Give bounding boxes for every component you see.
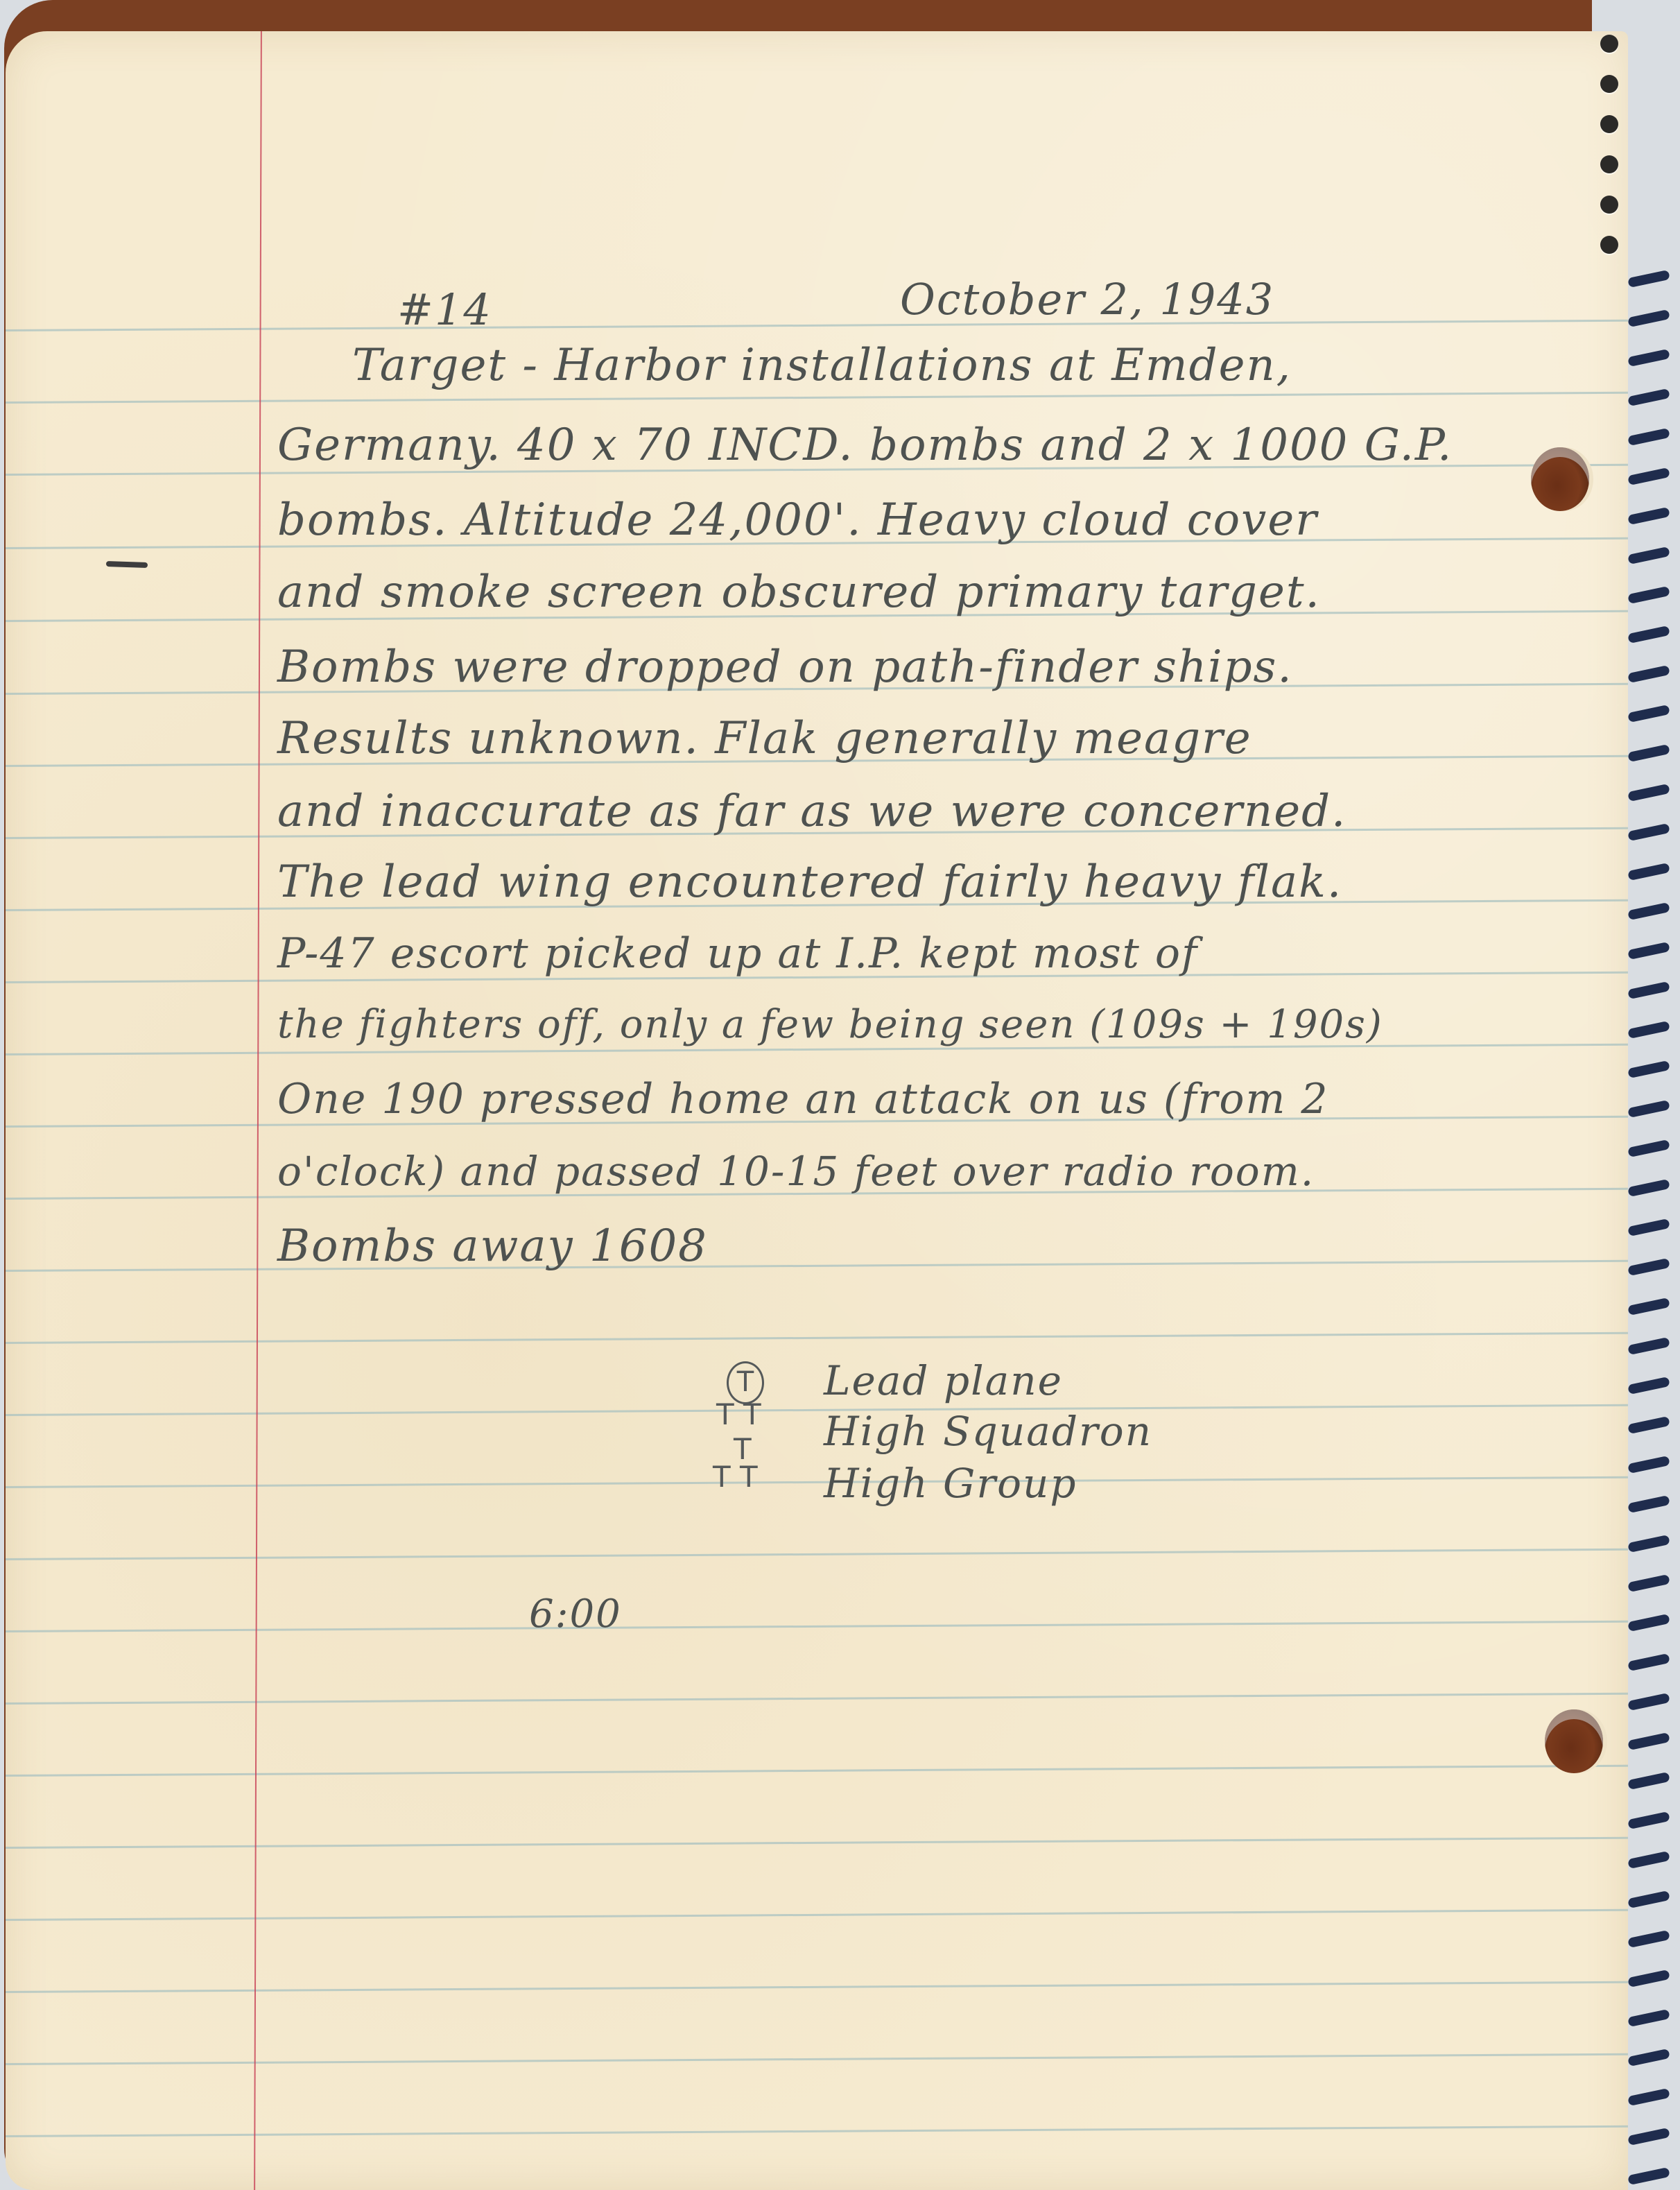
- ruled-line: [6, 1909, 1628, 1921]
- ruled-line: [6, 1837, 1628, 1849]
- ruled-line: [6, 1981, 1628, 1993]
- flight-time: 6:00: [529, 1592, 622, 1637]
- margin-mark: [106, 561, 148, 568]
- body-line: Bombs were dropped on path-finder ships.: [277, 641, 1293, 693]
- entry-number: #14: [397, 284, 492, 335]
- ruled-line: [6, 1549, 1628, 1560]
- notebook-page: #14 October 2, 1943 Target - Harbor inst…: [6, 31, 1628, 2190]
- legend-label: Lead plane: [824, 1357, 1063, 1404]
- body-line: One 190 pressed home an attack on us (fr…: [277, 1075, 1329, 1123]
- entry-date: October 2, 1943: [900, 274, 1274, 325]
- legend-label: High Group: [824, 1460, 1077, 1507]
- ruled-line: [6, 1404, 1628, 1416]
- binder-hole: [1545, 1709, 1603, 1773]
- ruled-line: [6, 392, 1628, 404]
- ruled-line: [6, 1765, 1628, 1777]
- ruled-line: [6, 2053, 1628, 2065]
- body-line: The lead wing encountered fairly heavy f…: [277, 856, 1342, 908]
- body-line: Target - Harbor installations at Emden,: [352, 340, 1292, 391]
- body-line: P-47 escort picked up at I.P. kept most …: [277, 929, 1198, 978]
- body-line: o'clock) and passed 10-15 feet over radi…: [277, 1148, 1315, 1195]
- ruled-line: [6, 320, 1628, 331]
- high-squadron-symbol: T T: [716, 1397, 761, 1431]
- ruled-line: [6, 1621, 1628, 1632]
- legend-label: High Squadron: [824, 1408, 1152, 1455]
- body-line: the fighters off, only a few being seen …: [277, 1002, 1383, 1047]
- ruled-line: [6, 1693, 1628, 1705]
- margin-line: [254, 31, 262, 2190]
- high-group-symbol: T T: [713, 1460, 758, 1494]
- body-line: Bombs away 1608: [277, 1221, 708, 1272]
- body-line: Results unknown. Flak generally meagre: [277, 713, 1252, 764]
- ruled-line: [6, 1332, 1628, 1344]
- binder-hole: [1531, 447, 1589, 511]
- ruled-line: [6, 1476, 1628, 1488]
- ruled-line: [6, 2126, 1628, 2137]
- body-line: and inaccurate as far as we were concern…: [277, 786, 1346, 837]
- ruled-line: [6, 1260, 1628, 1272]
- body-line: bombs. Altitude 24,000'. Heavy cloud cov…: [277, 494, 1318, 546]
- body-line: and smoke screen obscured primary target…: [277, 567, 1321, 618]
- body-line: Germany. 40 x 70 INCD. bombs and 2 x 100…: [277, 420, 1453, 471]
